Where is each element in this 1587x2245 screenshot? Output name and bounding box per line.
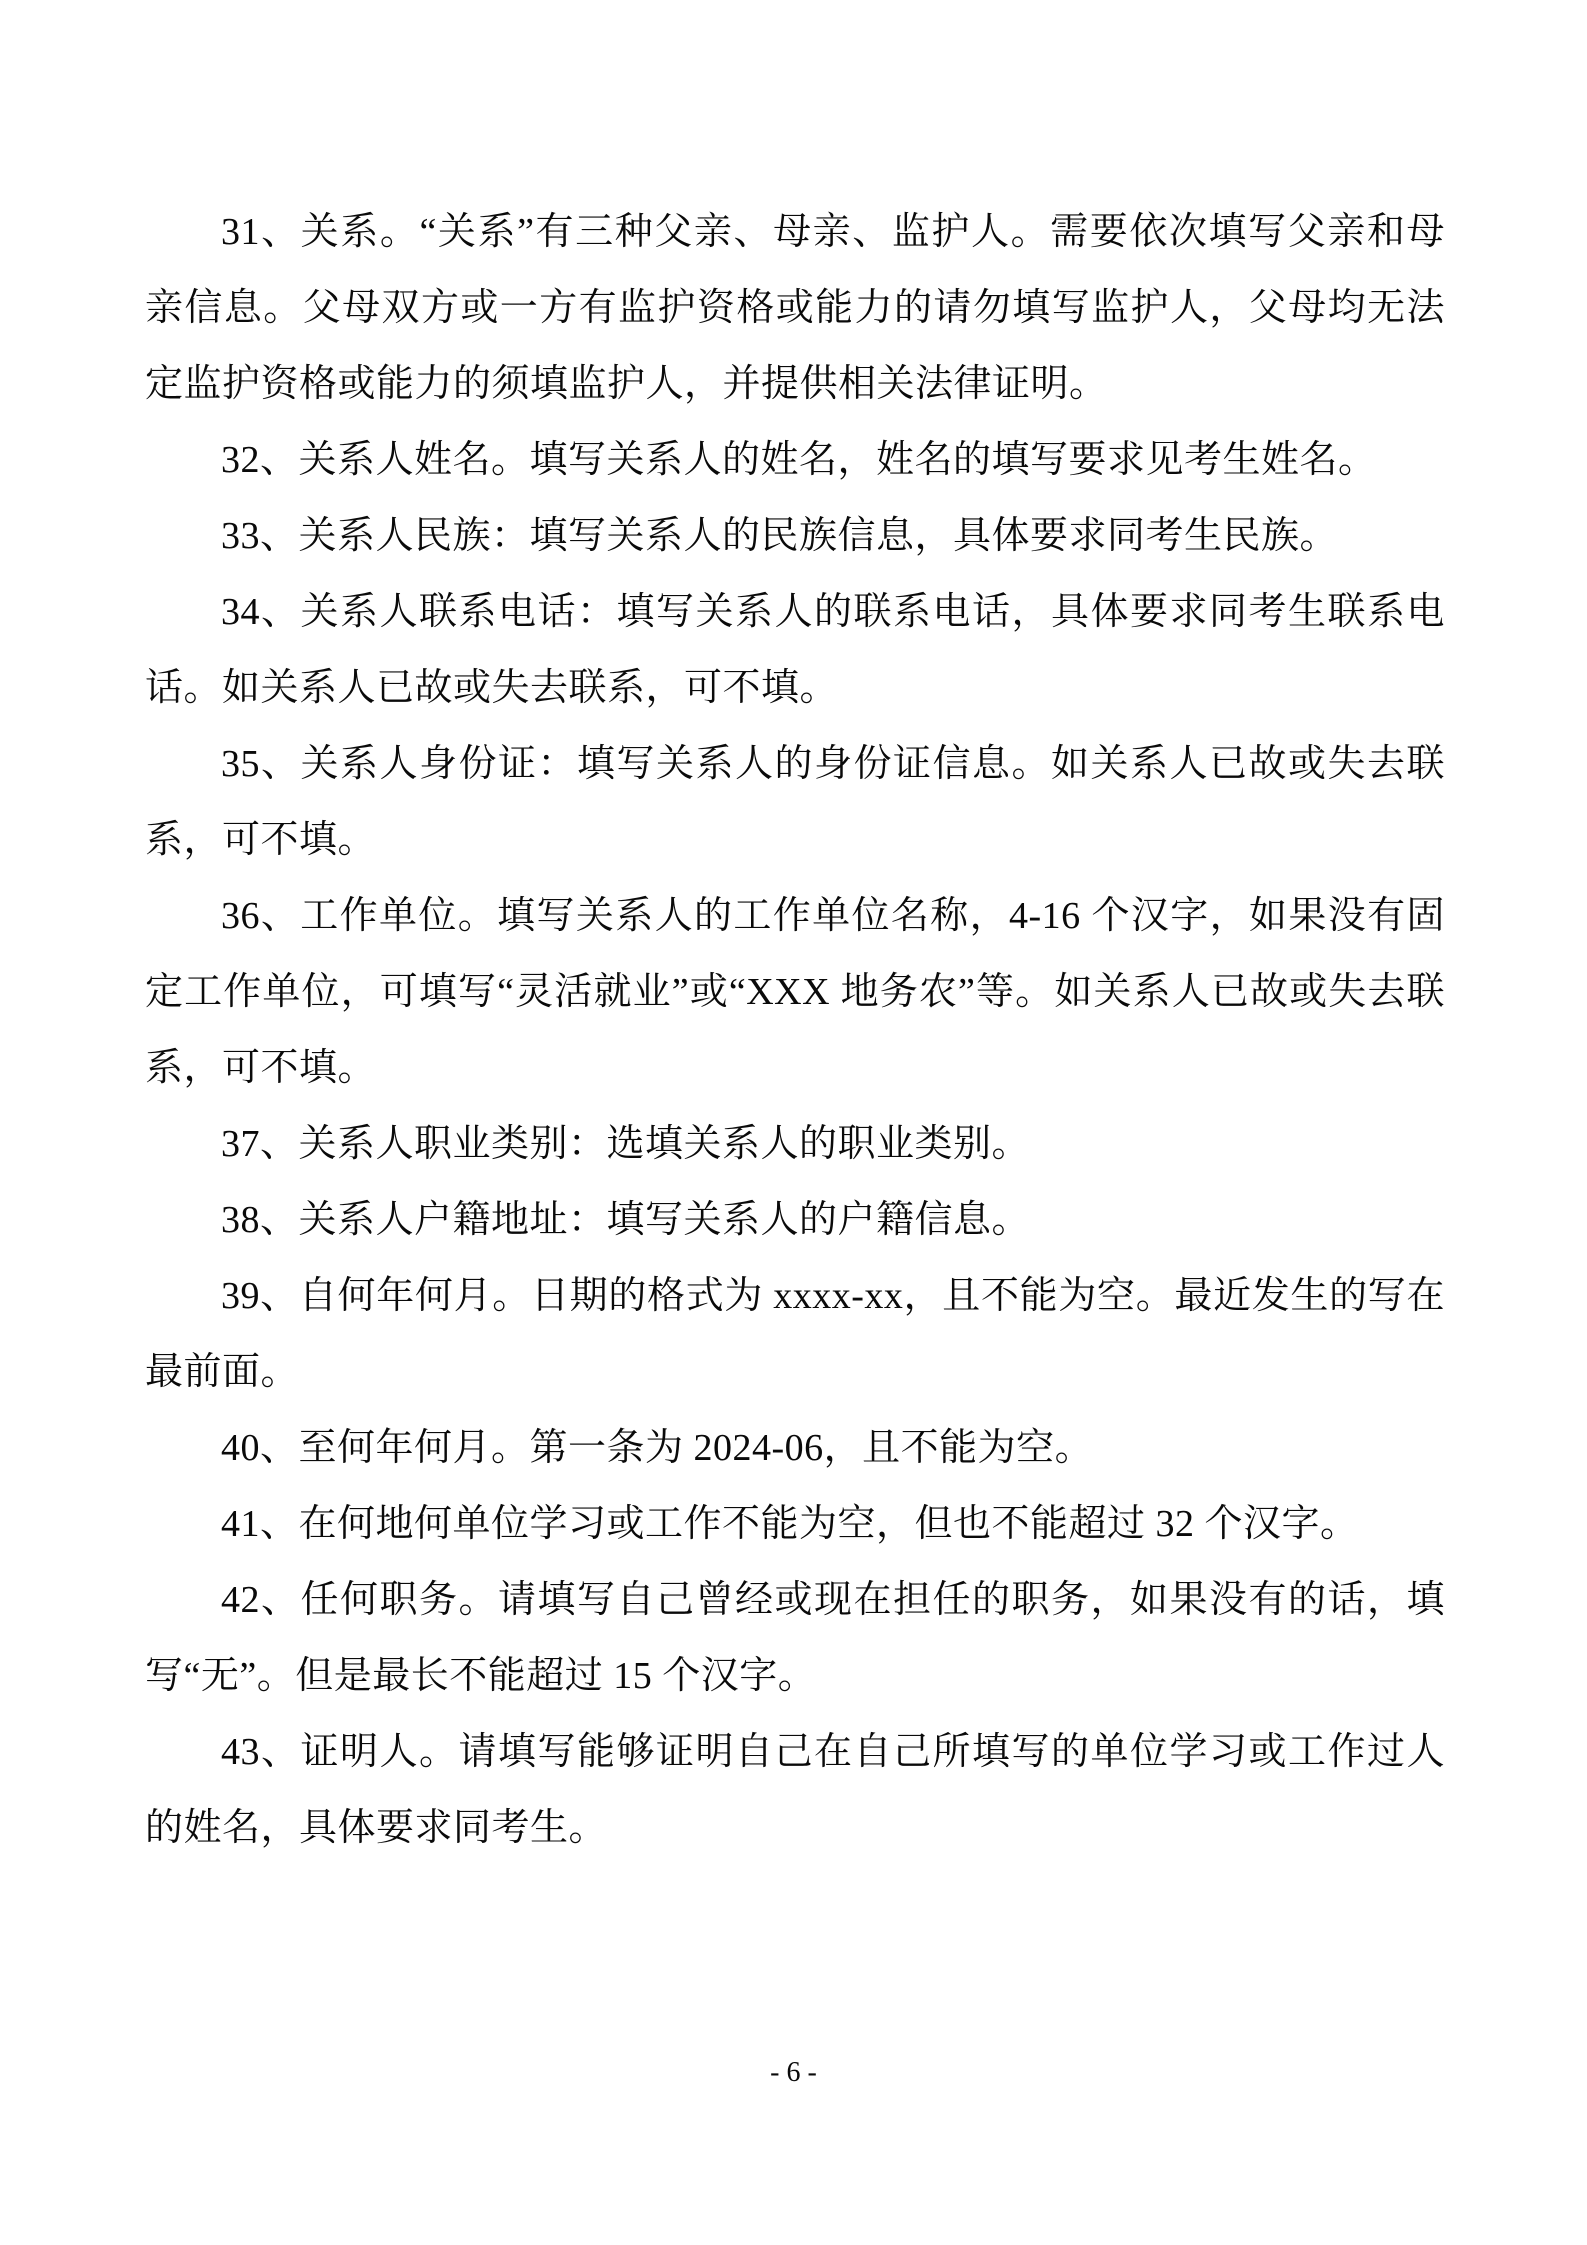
paragraph-item-38: 38、关系人户籍地址：填写关系人的户籍信息。 — [145, 1182, 1445, 1258]
paragraph-item-40: 40、至何年何月。第一条为 2024-06，且不能为空。 — [145, 1410, 1445, 1486]
instructions-text-block: 31、关系。“关系”有三种父亲、母亲、监护人。需要依次填写父亲和母亲信息。父母双… — [145, 194, 1445, 1866]
paragraph-item-31: 31、关系。“关系”有三种父亲、母亲、监护人。需要依次填写父亲和母亲信息。父母双… — [145, 194, 1445, 422]
page-number: - 6 - — [0, 2056, 1587, 2090]
paragraph-item-41: 41、在何地何单位学习或工作不能为空，但也不能超过 32 个汉字。 — [145, 1486, 1445, 1562]
paragraph-item-33: 33、关系人民族：填写关系人的民族信息，具体要求同考生民族。 — [145, 498, 1445, 574]
paragraph-item-36: 36、工作单位。填写关系人的工作单位名称，4-16 个汉字，如果没有固定工作单位… — [145, 878, 1445, 1106]
paragraph-item-37: 37、关系人职业类别：选填关系人的职业类别。 — [145, 1106, 1445, 1182]
document-page: 31、关系。“关系”有三种父亲、母亲、监护人。需要依次填写父亲和母亲信息。父母双… — [0, 0, 1587, 2245]
paragraph-item-39: 39、自何年何月。日期的格式为 xxxx-xx，且不能为空。最近发生的写在最前面… — [145, 1258, 1445, 1410]
paragraph-item-34: 34、关系人联系电话：填写关系人的联系电话，具体要求同考生联系电话。如关系人已故… — [145, 574, 1445, 726]
paragraph-item-43: 43、证明人。请填写能够证明自己在自己所填写的单位学习或工作过人的姓名，具体要求… — [145, 1714, 1445, 1866]
paragraph-item-35: 35、关系人身份证：填写关系人的身份证信息。如关系人已故或失去联系，可不填。 — [145, 726, 1445, 878]
paragraph-item-32: 32、关系人姓名。填写关系人的姓名，姓名的填写要求见考生姓名。 — [145, 422, 1445, 498]
paragraph-item-42: 42、任何职务。请填写自己曾经或现在担任的职务，如果没有的话，填写“无”。但是最… — [145, 1562, 1445, 1714]
